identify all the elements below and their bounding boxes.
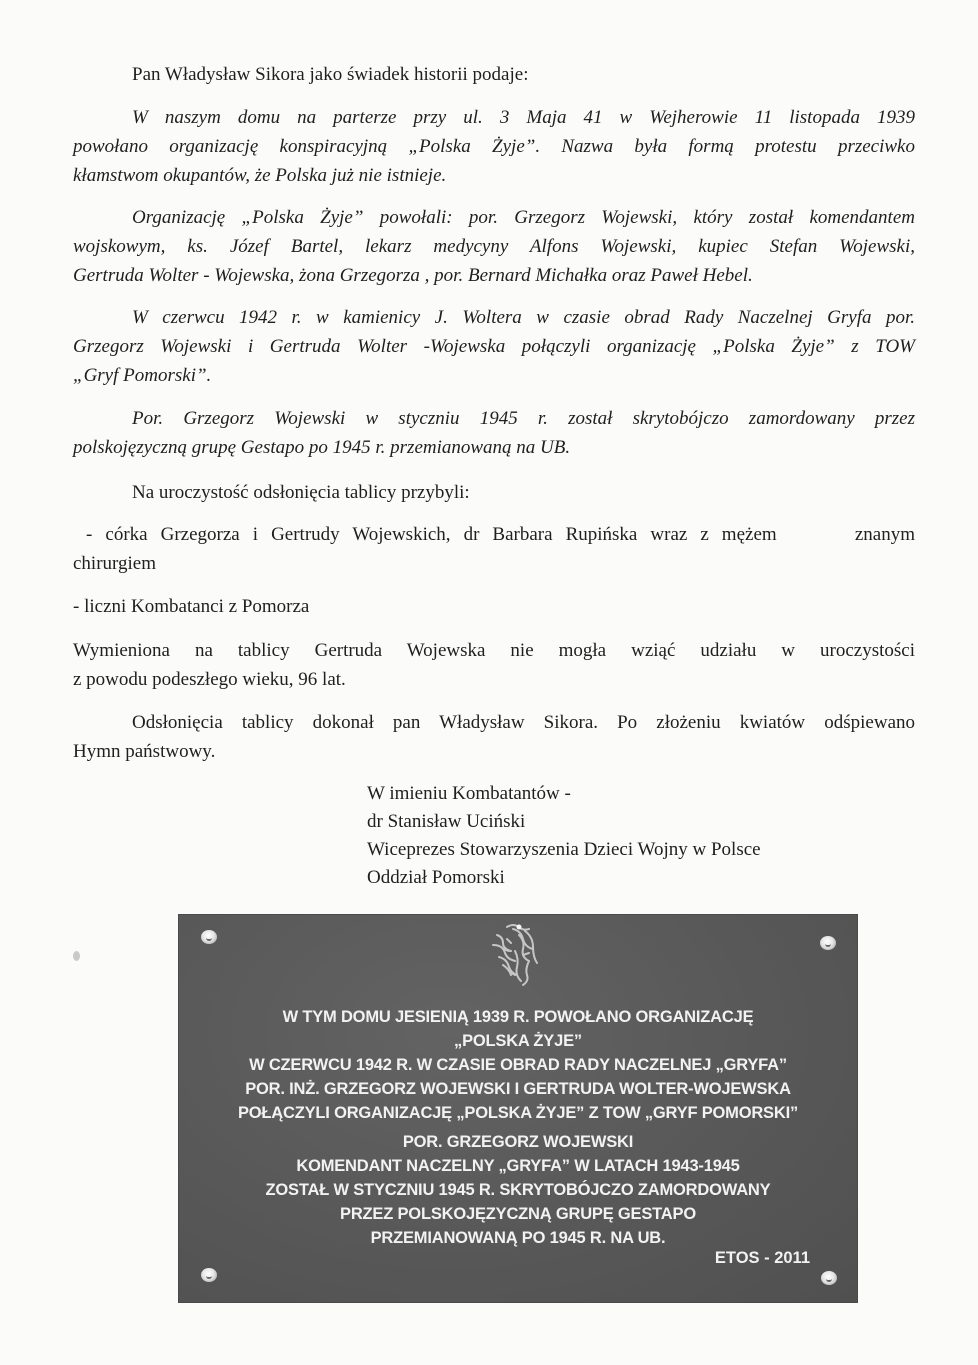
screw-icon xyxy=(821,1271,837,1285)
signature-line: W imieniu Kombatantów - xyxy=(367,780,761,808)
plaque-maker-mark: ETOS - 2011 xyxy=(715,1249,810,1268)
attendee-item-veterans: - liczni Kombatanci z Pomorza xyxy=(73,592,915,621)
text-line: z powodu podeszłego wieku, 96 lat. xyxy=(73,665,915,694)
memorial-plaque-photo: W TYM DOMU JESIENIĄ 1939 R. POWOŁANO ORG… xyxy=(179,915,857,1302)
text-line: powołano organizację konspiracyjną „Pols… xyxy=(73,132,915,161)
text-line: Organizację „Polska Żyje” powołali: por.… xyxy=(73,203,915,232)
plaque-line: W CZERWCU 1942 R. W CZASIE OBRAD RADY NA… xyxy=(179,1053,857,1077)
text-line: wojskowym, ks. Józef Bartel, lekarz medy… xyxy=(73,232,915,261)
quote-paragraph-murder: Por. Grzegorz Wojewski w styczniu 1945 r… xyxy=(73,404,915,462)
text-line: Por. Grzegorz Wojewski w styczniu 1945 r… xyxy=(73,404,915,433)
text-line: Hymn państwowy. xyxy=(73,737,915,766)
scan-speck xyxy=(73,951,80,961)
intro-text: Pan Władysław Sikora jako świadek histor… xyxy=(132,64,528,85)
text-line: „Gryf Pomorski”. xyxy=(73,361,915,390)
signature-title: Wiceprezes Stowarzyszenia Dzieci Wojny w… xyxy=(367,836,761,864)
plaque-line: „POLSKA ŻYJE” xyxy=(179,1029,857,1053)
screw-icon xyxy=(820,936,836,950)
griffin-emblem-icon xyxy=(485,921,543,987)
text-line: Wymieniona na tablicy Gertruda Wojewska … xyxy=(73,636,915,665)
signature-branch: Oddział Pomorski xyxy=(367,864,761,892)
text-line: polskojęzyczną grupę Gestapo po 1945 r. … xyxy=(73,433,915,462)
quote-paragraph-merger: W czerwcu 1942 r. w kamienicy J. Woltera… xyxy=(73,303,915,390)
plaque-line: PRZEMIANOWANĄ PO 1945 R. NA UB. xyxy=(179,1226,857,1250)
quote-paragraph-founding: W naszym domu na parterze przy ul. 3 Maj… xyxy=(73,103,915,190)
text-line: Odsłonięcia tablicy dokonał pan Władysła… xyxy=(73,708,915,737)
absence-paragraph: Wymieniona na tablicy Gertruda Wojewska … xyxy=(73,636,915,694)
plaque-inscription-wojewski: POR. GRZEGORZ WOJEWSKI KOMENDANT NACZELN… xyxy=(179,1130,857,1250)
text-line: W czerwcu 1942 r. w kamienicy J. Woltera… xyxy=(73,303,915,332)
signature-block: W imieniu Kombatantów - dr Stanisław Uci… xyxy=(367,780,761,892)
plaque-line: W TYM DOMU JESIENIĄ 1939 R. POWOŁANO ORG… xyxy=(179,1005,857,1029)
plaque-line: POR. GRZEGORZ WOJEWSKI xyxy=(179,1130,857,1154)
attendees-intro: Na uroczystość odsłonięcia tablicy przyb… xyxy=(73,478,915,507)
plaque-line: ZOSTAŁ W STYCZNIU 1945 R. SKRYTOBÓJCZO Z… xyxy=(179,1178,857,1202)
unveiling-paragraph: Odsłonięcia tablicy dokonał pan Władysła… xyxy=(73,708,915,766)
text-line: Gertruda Wolter - Wojewska, żona Grzegor… xyxy=(73,261,915,290)
attendee-item-daughter: - córka Grzegorza i Gertrudy Wojewskich,… xyxy=(73,520,915,578)
document-page: Pan Władysław Sikora jako świadek histor… xyxy=(0,0,978,1365)
intro-paragraph: Pan Władysław Sikora jako świadek histor… xyxy=(73,60,915,89)
plaque-line: PRZEZ POLSKOJĘZYCZNĄ GRUPĘ GESTAPO xyxy=(179,1202,857,1226)
plaque-line: KOMENDANT NACZELNY „GRYFA” W LATACH 1943… xyxy=(179,1154,857,1178)
quote-paragraph-founders: Organizację „Polska Żyje” powołali: por.… xyxy=(73,203,915,290)
screw-icon xyxy=(201,930,217,944)
plaque-line: POŁĄCZYLI ORGANIZACJĘ „POLSKA ŻYJE” Z TO… xyxy=(179,1101,857,1125)
text-line: chirurgiem xyxy=(73,549,915,578)
text-line: Grzegorz Wojewski i Gertruda Wolter -Woj… xyxy=(73,332,915,361)
screw-icon xyxy=(201,1268,217,1282)
plaque-line: POR. INŻ. GRZEGORZ WOJEWSKI I GERTRUDA W… xyxy=(179,1077,857,1101)
text-line: kłamstwom okupantów, że Polska już nie i… xyxy=(73,161,915,190)
signature-name: dr Stanisław Uciński xyxy=(367,808,761,836)
text-line: - córka Grzegorza i Gertrudy Wojewskich,… xyxy=(73,520,915,549)
text-line: W naszym domu na parterze przy ul. 3 Maj… xyxy=(73,103,915,132)
plaque-inscription-founding: W TYM DOMU JESIENIĄ 1939 R. POWOŁANO ORG… xyxy=(179,1005,857,1125)
